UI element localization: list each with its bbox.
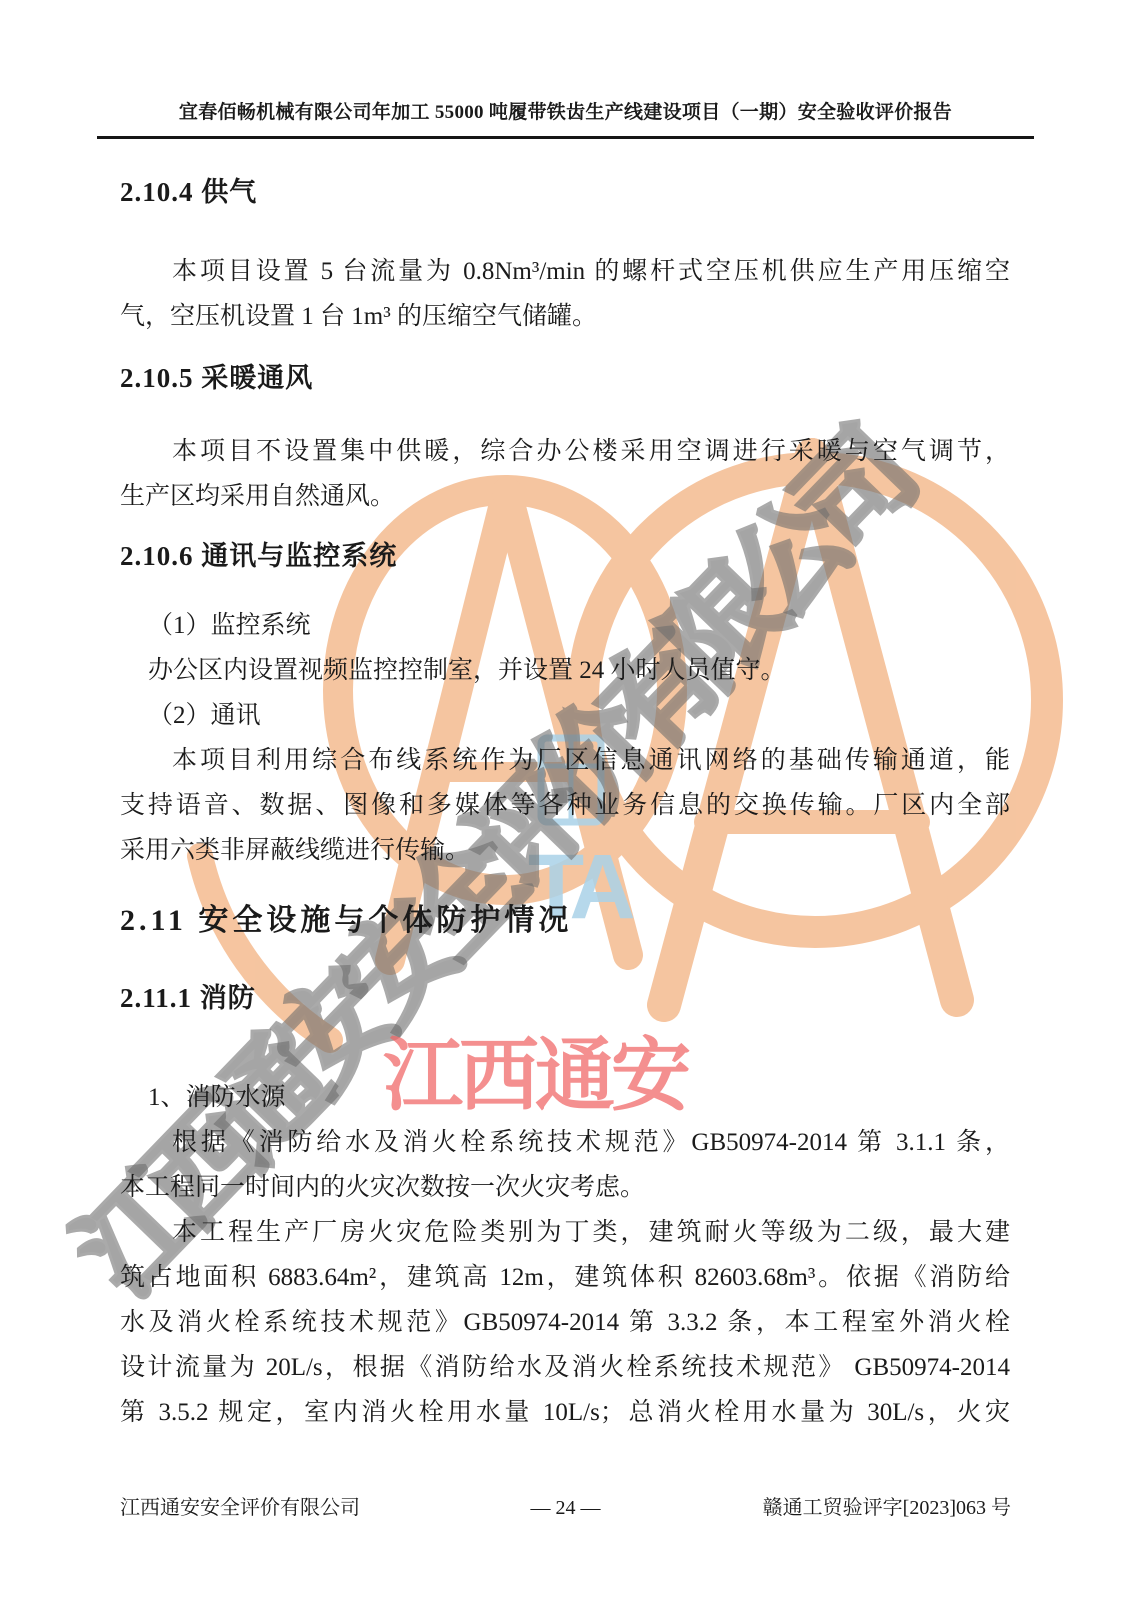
- body-line: 本工程同一时间内的火灾次数按一次火灾考虑。: [120, 1165, 1010, 1210]
- section-heading: 2.11 安全设施与个体防护情况: [120, 901, 1010, 941]
- body-line: （1）监控系统: [120, 603, 1010, 648]
- body-line: 1、消防水源: [120, 1075, 1010, 1120]
- body-line: 采用六类非屏蔽线缆进行传输。: [120, 828, 1010, 873]
- body-line: 水及消火栓系统技术规范》GB50974-2014 第 3.3.2 条，本工程室外…: [120, 1300, 1010, 1345]
- section-heading: 2.10.5 采暖通风: [120, 361, 1010, 395]
- section-heading: 2.10.6 通讯与监控系统: [120, 539, 1010, 573]
- section-heading: 2.11.1 消防: [120, 981, 1010, 1015]
- body-line: 气，空压机设置 1 台 1m³ 的压缩空气储罐。: [120, 294, 1010, 339]
- body-line: 根据《消防给水及消火栓系统技术规范》GB50974-2014 第 3.1.1 条…: [120, 1120, 1010, 1165]
- body-line: 本项目不设置集中供暖，综合办公楼采用空调进行采暖与空气调节，: [120, 429, 1010, 474]
- page-header-title: 宜春佰畅机械有限公司年加工 55000 吨履带铁齿生产线建设项目（一期）安全验收…: [97, 0, 1034, 139]
- footer-page-number: — 24 —: [120, 1494, 1011, 1522]
- body-line: 设计流量为 20L/s，根据《消防给水及消火栓系统技术规范》 GB50974-2…: [120, 1345, 1010, 1390]
- body-line: 筑占地面积 6883.64m²，建筑高 12m，建筑体积 82603.68m³。…: [120, 1255, 1010, 1300]
- document-body: 2.10.4 供气本项目设置 5 台流量为 0.8Nm³/min 的螺杆式空压机…: [120, 175, 1010, 1435]
- body-line: 第 3.5.2 规定，室内消火栓用水量 10L/s；总消火栓用水量为 30L/s…: [120, 1390, 1010, 1435]
- body-line: （2）通讯: [120, 693, 1010, 738]
- body-line: 本项目设置 5 台流量为 0.8Nm³/min 的螺杆式空压机供应生产用压缩空: [120, 249, 1010, 294]
- body-line: 办公区内设置视频监控控制室，并设置 24 小时人员值守。: [120, 648, 1010, 693]
- body-line: 本工程生产厂房火灾危险类别为丁类，建筑耐火等级为二级，最大建: [120, 1210, 1010, 1255]
- report-page: TA 江西通安安全评价有限公司 江西通安 宜春佰畅机械有限公司年加工 55000…: [0, 0, 1131, 1600]
- document-content: 宜春佰畅机械有限公司年加工 55000 吨履带铁齿生产线建设项目（一期）安全验收…: [0, 0, 1131, 1435]
- section-heading: 2.10.4 供气: [120, 175, 1010, 209]
- body-line: 支持语音、数据、图像和多媒体等各种业务信息的交换传输。厂区内全部: [120, 783, 1010, 828]
- page-footer: 江西通安安全评价有限公司 赣通工贸验评字[2023]063 号 — 24 —: [120, 1494, 1011, 1522]
- body-line: 生产区均采用自然通风。: [120, 474, 1010, 519]
- body-line: 本项目利用综合布线系统作为厂区信息通讯网络的基础传输通道，能: [120, 738, 1010, 783]
